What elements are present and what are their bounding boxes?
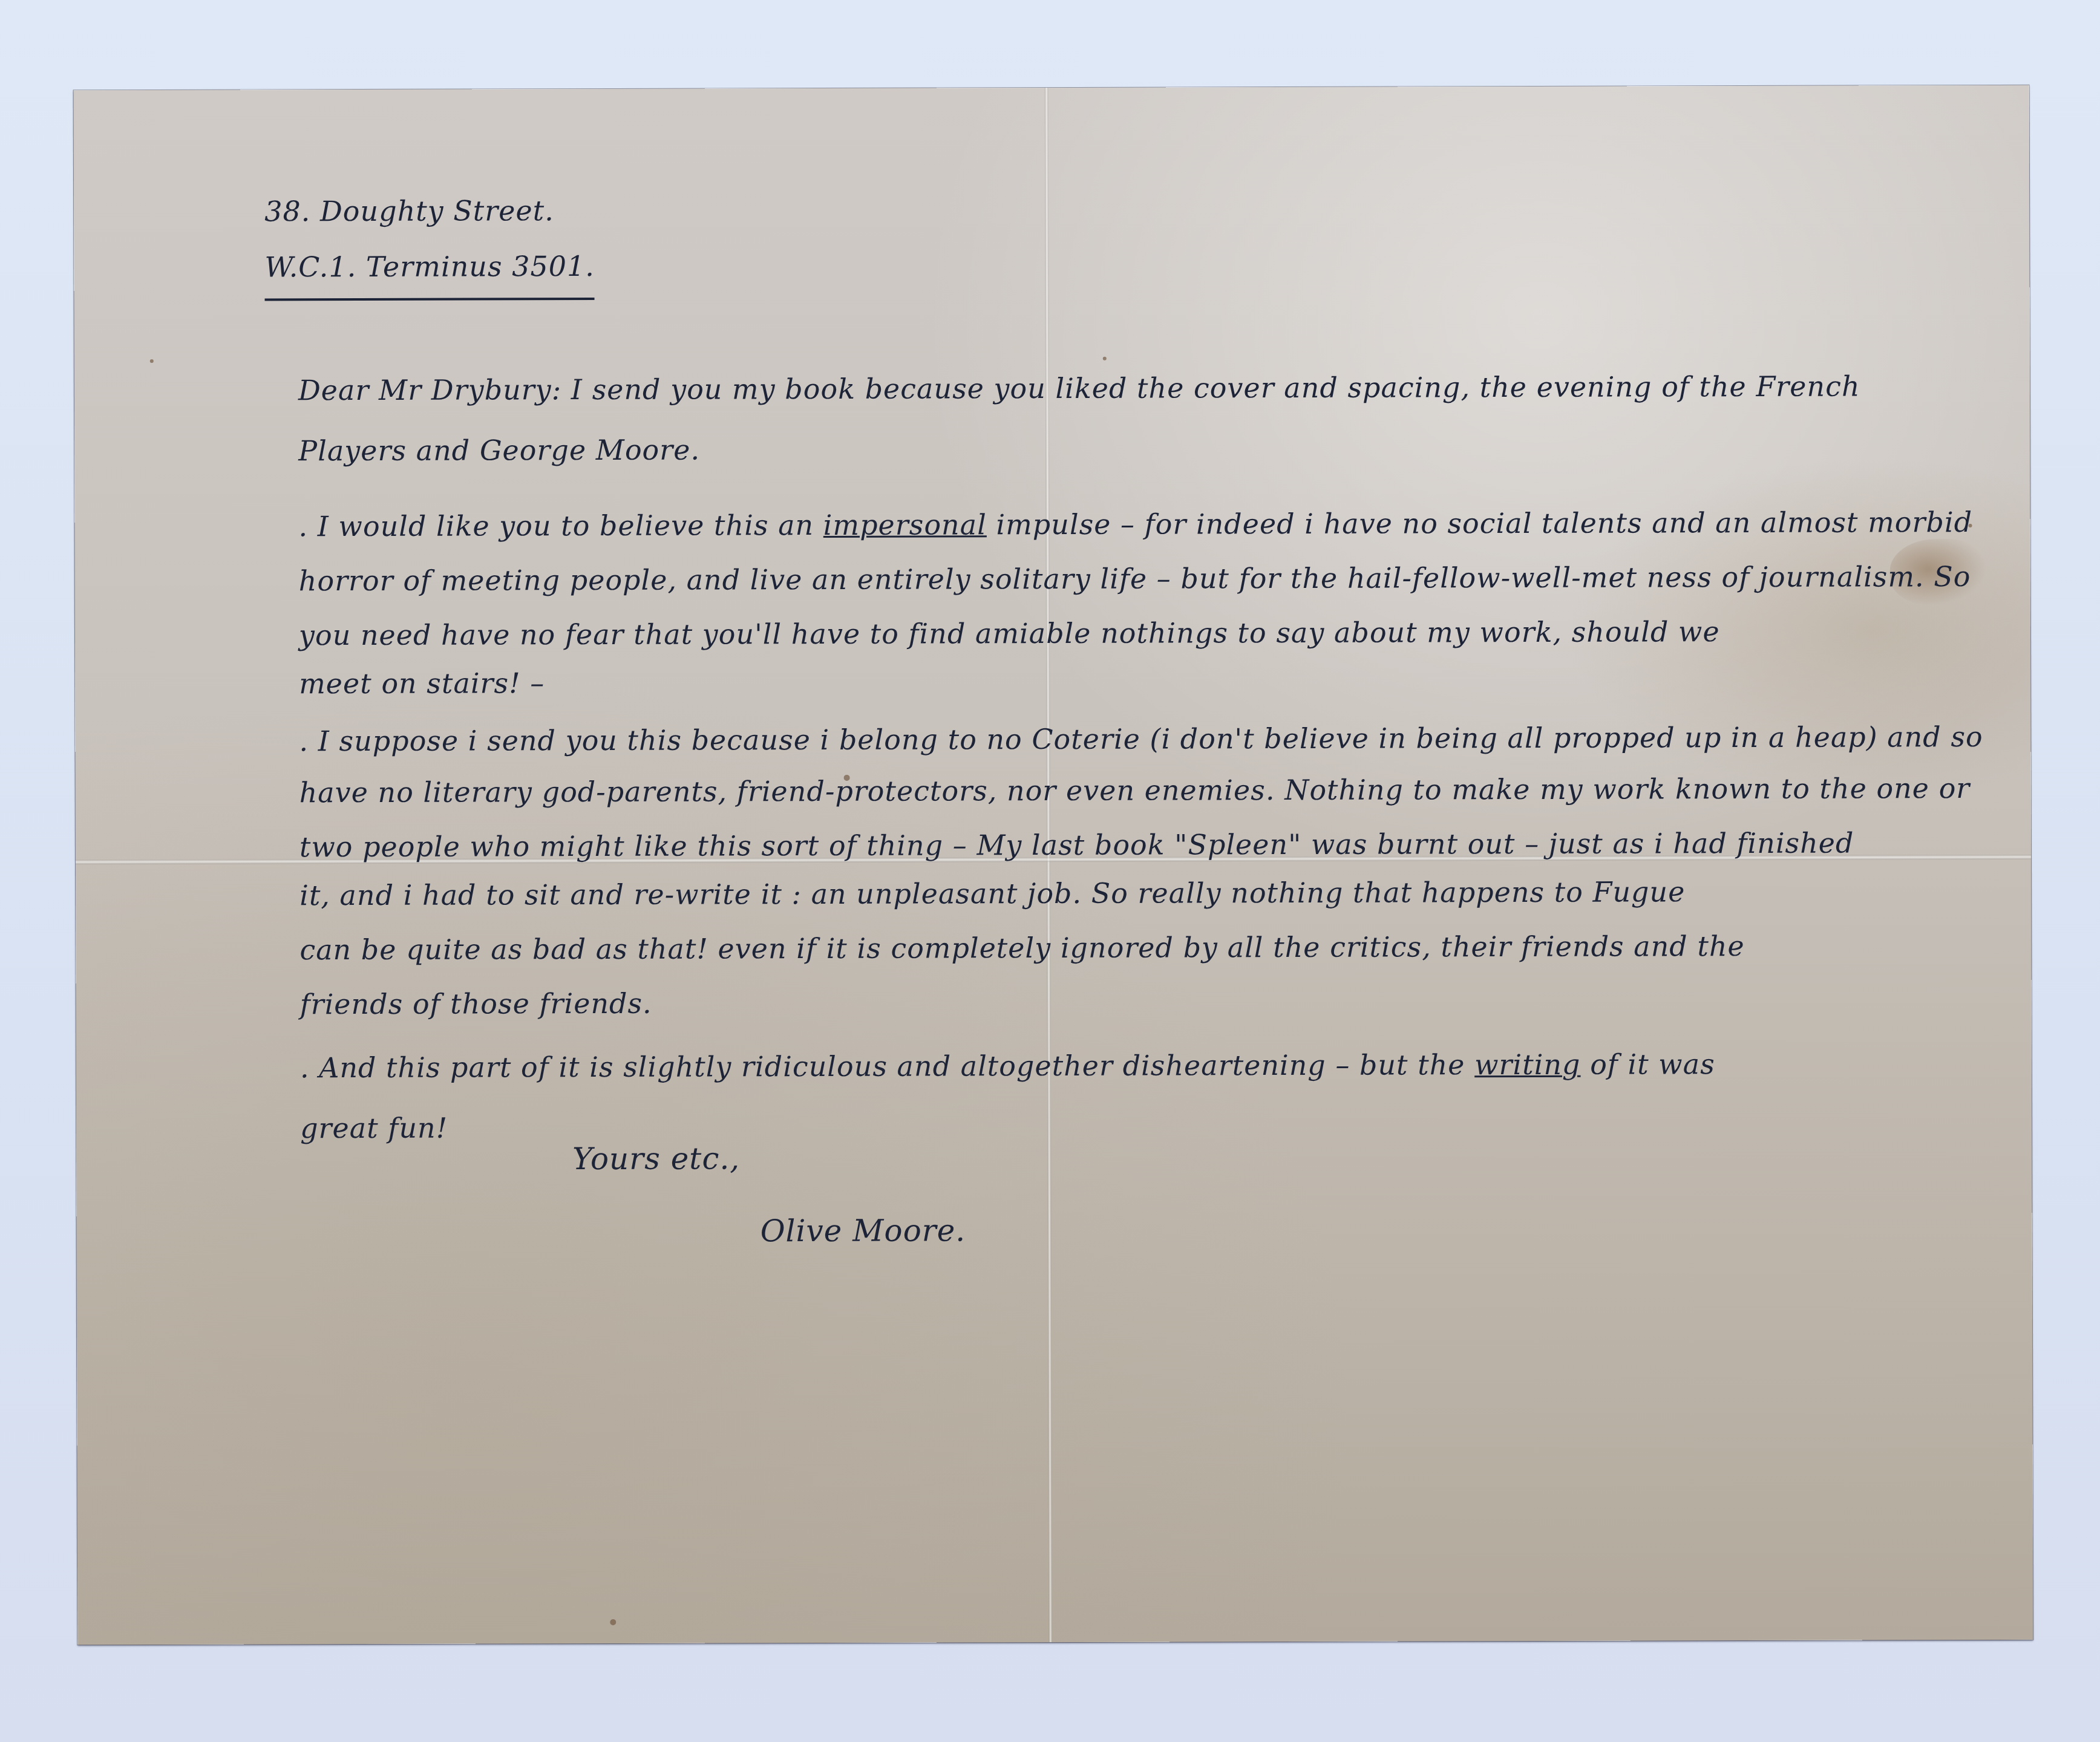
letter-line: friends of those friends. (300, 987, 652, 1021)
line-text: impulse – for indeed i have no social ta… (987, 506, 1972, 541)
letter-line: great fun! (300, 1112, 448, 1145)
letter-line: Players and George Moore. (298, 434, 700, 468)
letter-signature: Olive Moore. (761, 1213, 966, 1248)
letter-line: have no literary god-parents, friend-pro… (299, 772, 1971, 809)
underlined-word: impersonal (823, 508, 987, 541)
letter-line: can be quite as bad as that! even if it … (299, 930, 1745, 966)
vertical-fold-line (1045, 88, 1053, 1642)
letter-line: . And this part of it is slightly ridicu… (300, 1048, 1715, 1084)
line-text: of it was (1580, 1048, 1715, 1081)
ink-speck (1103, 357, 1107, 360)
letter-line: meet on stairs! – (299, 667, 545, 700)
line-text: . And this part of it is slightly ridicu… (300, 1048, 1474, 1084)
letter-paper: 38. Doughty Street. W.C.1. Terminus 3501… (74, 85, 2033, 1645)
letter-line: horror of meeting people, and live an en… (299, 560, 1971, 597)
ink-speck (610, 1619, 616, 1625)
address-postcode-phone: W.C.1. Terminus 3501. (264, 238, 595, 301)
letter-line: Dear Mr Drybury: I send you my book beca… (298, 370, 1860, 407)
ink-speck (150, 359, 154, 363)
letter-line: two people who might like this sort of t… (299, 827, 1854, 864)
letter-line: . I would like you to believe this an im… (298, 506, 1972, 543)
address-street: 38. Doughty Street. (264, 183, 595, 239)
letter-line: you need have no fear that you'll have t… (299, 615, 1720, 651)
letter-line: . I suppose i send you this because i be… (299, 720, 1983, 757)
sender-address: 38. Doughty Street. W.C.1. Terminus 3501… (264, 183, 595, 301)
line-text: . I would like you to believe this an (298, 509, 823, 543)
underlined-word: writing (1474, 1048, 1581, 1081)
letter-line: it, and i had to sit and re-write it : a… (299, 875, 1685, 912)
letter-closing: Yours etc., (572, 1141, 740, 1176)
